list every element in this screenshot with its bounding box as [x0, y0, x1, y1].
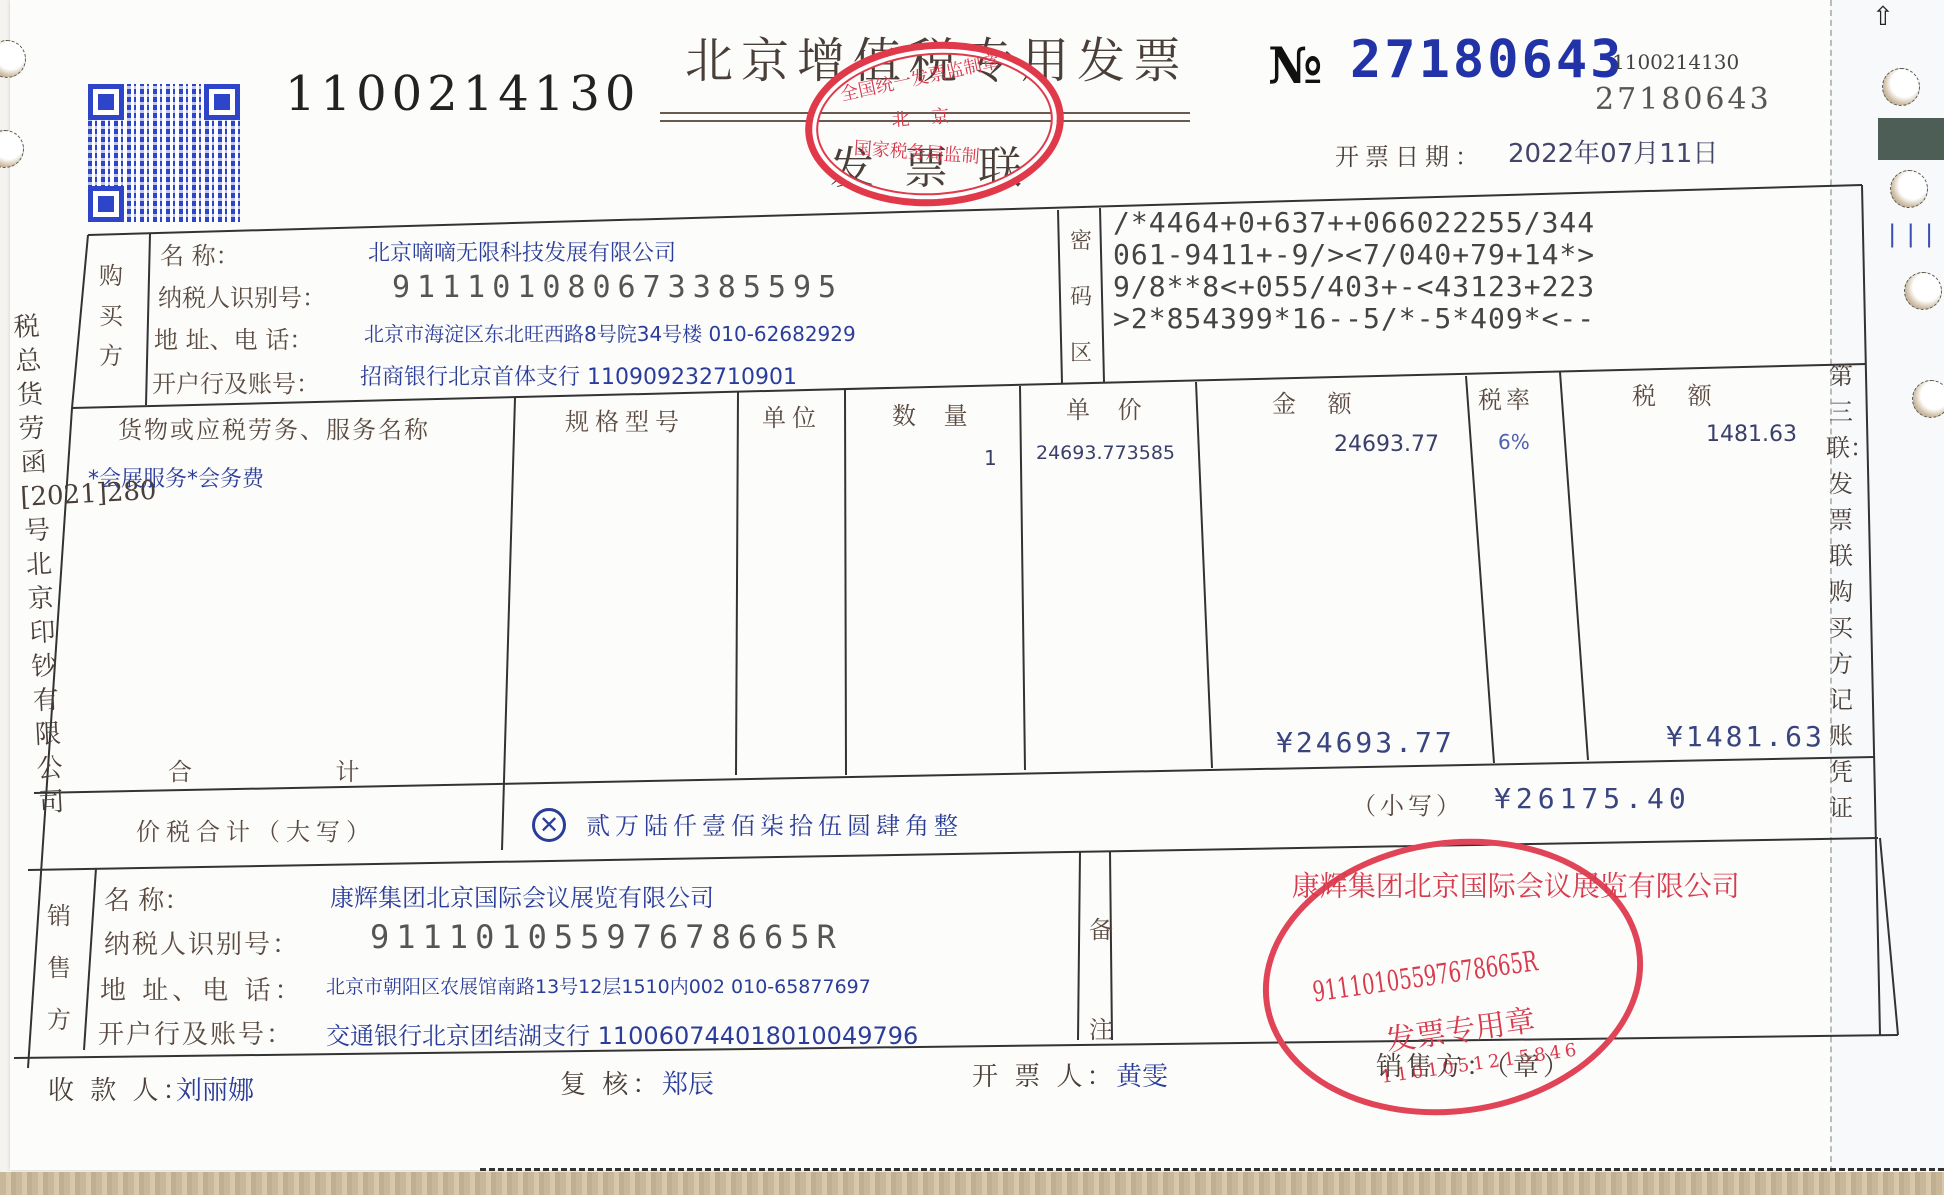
punch-hole-icon [1912, 380, 1944, 418]
buyer-address-phone: 北京市海淀区东北旺西路8号院34号楼 010-62682929 [364, 318, 856, 347]
payee: 刘丽娜 [176, 1070, 254, 1107]
seller-tax-id: 91110105597678665R [370, 918, 843, 956]
punch-hole-icon [1890, 170, 1928, 208]
qr-finder-icon [88, 84, 124, 120]
item-quantity: 1 [984, 446, 997, 470]
header-quantity: 数 量 [892, 396, 978, 431]
tear-line [480, 1168, 1944, 1171]
label-char: 备 [1086, 880, 1116, 980]
buyer-tax-id: 911101080673385595 [392, 270, 843, 305]
label-char: 区 [1066, 326, 1096, 382]
seller-tax-id-label: 纳税人识别号： [104, 924, 300, 961]
header-amount: 金 额 [1272, 384, 1364, 419]
buyer-tax-id-label: 纳税人识别号： [158, 278, 326, 313]
arrow-up-icon: ⇧ [1872, 2, 1894, 32]
label-char: 买 [96, 296, 126, 336]
stamp-text-bottom: 国家税务局监制 [853, 134, 981, 169]
seller-address-phone: 北京市朝阳区农展馆南路13号12层1510内002 010-65877697 [326, 972, 871, 999]
seller-address-label: 地 址、电 话： [100, 970, 305, 1007]
subtotal-label: 合 计 [168, 752, 364, 787]
seller-section-label: 销 售 方 [44, 890, 74, 1046]
cipher-line: >2*854399*16--5/*-5*409*<-- [1113, 303, 1595, 335]
alignment-block [1878, 118, 1944, 160]
cipher-zone-label: 密 码 区 [1066, 214, 1096, 382]
header-item-name: 货物或应税劳务、服务名称 [118, 410, 430, 445]
punch-hole-icon [1882, 68, 1920, 106]
invoice-code: 1100214130 [285, 66, 640, 122]
seller-seal-label: 销售方：（章） [1376, 1046, 1573, 1083]
buyer-address-label: 地 址、电 话： [154, 320, 313, 355]
qr-finder-icon [204, 84, 240, 120]
issuer-label: 开 票 人： [972, 1056, 1117, 1093]
label-char: 密 [1066, 214, 1096, 270]
subtotal-amount: ¥24693.77 [1276, 726, 1455, 759]
header-unit-price: 单 价 [1066, 390, 1152, 425]
cipher-line: 9/8**8<+055/403+-<43123+223 [1113, 271, 1595, 303]
buyer-name: 北京嘀嘀无限科技发展有限公司 [368, 236, 676, 267]
circled-x-icon: ✕ [532, 808, 566, 842]
buyer-bank-account: 招商银行北京首体支行 110909232710901 [360, 360, 797, 391]
label-char: 销 [44, 890, 74, 942]
qr-code [88, 84, 240, 222]
item-amount: 24693.77 [1334, 432, 1439, 457]
issue-date: 2022年07月11日 [1508, 133, 1718, 170]
ink-marks: ||| [1885, 220, 1940, 248]
label-char: 方 [96, 336, 126, 376]
seller-name: 康辉集团北京国际会议展览有限公司 [330, 878, 714, 913]
printed-number-small: 27180643 [1595, 82, 1772, 117]
header-tax-rate: 税率 [1478, 380, 1534, 415]
grand-total-label: 价税合计（大写） [136, 812, 376, 847]
invoice-number: 27180643 [1350, 30, 1624, 90]
buyer-bank-label: 开户行及账号： [152, 364, 320, 399]
header-tax: 税 额 [1632, 376, 1724, 411]
printed-code-small: 1100214130 [1612, 50, 1739, 74]
payee-label: 收 款 人： [48, 1070, 193, 1107]
grand-total-lowercase: ¥26175.40 [1494, 782, 1691, 815]
seller-bank-label: 开户行及账号： [98, 1014, 294, 1051]
cipher-text: /*4464+0+637++066022255/344061-9411+-9/>… [1113, 207, 1595, 335]
header-spec: 规格型号 [565, 402, 685, 437]
seller-name-label: 名 称： [104, 880, 190, 917]
remarks-label: 备 注 [1086, 880, 1116, 1080]
date-label: 开票日期： [1335, 137, 1485, 172]
seller-bank-account: 交通银行北京团结湖支行 110060744018010049796 [326, 1016, 918, 1051]
item-unit-price: 24693.773585 [1036, 442, 1175, 464]
cipher-line: 061-9411+-9/><7/040+79+14*> [1113, 239, 1595, 271]
label-char: 方 [44, 994, 74, 1046]
cipher-line: /*4464+0+637++066022255/344 [1113, 207, 1595, 239]
header-unit: 单位 [762, 398, 822, 433]
label-char: 售 [44, 942, 74, 994]
label-char: 购 [96, 256, 126, 296]
grand-total-uppercase: 贰万陆仟壹佰柒拾伍圆肆角整 [586, 806, 963, 841]
number-mark: № [1268, 36, 1322, 95]
qr-finder-icon [88, 186, 124, 222]
copy-designation: 第三联：发票联 购买方记账凭证 [1826, 358, 1856, 826]
stamp-company: 康辉集团北京国际会议展览有限公司 [1292, 864, 1740, 904]
buyer-section-label: 购 买 方 [96, 256, 126, 376]
buyer-name-label: 名 称： [160, 236, 240, 271]
item-tax: 1481.63 [1706, 422, 1797, 447]
grand-total-lowercase-label: （小写） [1352, 786, 1464, 821]
stamp-text-middle: 北 京 [891, 101, 958, 132]
label-char: 码 [1066, 270, 1096, 326]
reviewer-label: 复 核： [560, 1064, 662, 1101]
item-tax-rate: 6% [1498, 430, 1530, 454]
reviewer: 郑辰 [662, 1064, 714, 1101]
issuer: 黄雯 [1116, 1056, 1168, 1093]
subtotal-tax: ¥1481.63 [1666, 720, 1825, 753]
punch-hole-icon [1904, 272, 1942, 310]
background-surface [0, 1172, 1944, 1195]
